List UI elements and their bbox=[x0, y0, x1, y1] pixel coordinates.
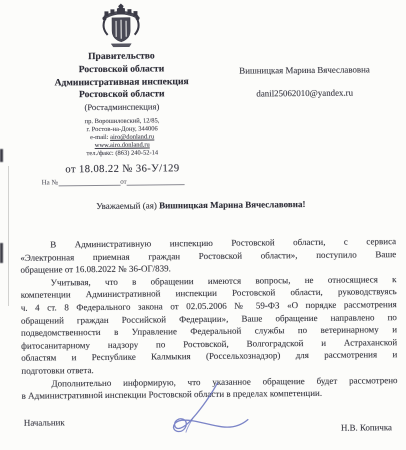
scanned-letter-page: Правительство Ростовской области Админис… bbox=[0, 0, 406, 450]
recipient-name: Вишницкая Марина Вячеславовна bbox=[208, 64, 400, 76]
scan-artifact-mark bbox=[0, 149, 3, 162]
salutation-prefix: Уважаемый (ая) bbox=[96, 200, 159, 211]
handwritten-signature bbox=[159, 380, 252, 445]
scan-artifact-vertical-line bbox=[8, 166, 9, 306]
org-phone: тел./факс: (863) 240-52-14 bbox=[15, 149, 229, 159]
recipient-email: danil25062010@yandex.ru bbox=[209, 87, 401, 99]
signer-position-title: Начальник bbox=[24, 417, 65, 427]
scan-artifact-mark bbox=[0, 243, 3, 263]
org-short-name: (Ростадминспекция) bbox=[15, 101, 229, 114]
letter-body: В Административную инспекцию Ростовской … bbox=[20, 235, 398, 402]
org-email: airo@donland.ru bbox=[110, 133, 154, 140]
letterhead: Правительство Ростовской области Админис… bbox=[14, 2, 230, 187]
email-label: e-mail: bbox=[90, 134, 110, 141]
na-number-blank bbox=[58, 178, 120, 187]
incoming-ref-line: На №от bbox=[16, 176, 230, 186]
na-label: На № bbox=[42, 178, 59, 186]
rostov-coat-of-arms-emblem bbox=[99, 3, 143, 49]
recipient-block: Вишницкая Марина Вячеславовна danil25062… bbox=[208, 64, 400, 99]
scan-tilt-wrapper: Правительство Ростовской области Админис… bbox=[0, 0, 406, 450]
salutation-line: Уважаемый (ая) Вишницкая Марина Вячеслав… bbox=[0, 198, 402, 212]
ot-date-blank bbox=[127, 177, 185, 186]
signer-name: Н.В. Копичка bbox=[341, 422, 392, 432]
outgoing-ref-line: от 18.08.22 № 36-У/129 bbox=[15, 161, 229, 176]
salutation-name: Вишницкая Марина Вячеславовна! bbox=[159, 199, 305, 210]
org-address-block: пр. Ворошиловский, 12/85, г. Ростов-на-Д… bbox=[15, 117, 229, 159]
